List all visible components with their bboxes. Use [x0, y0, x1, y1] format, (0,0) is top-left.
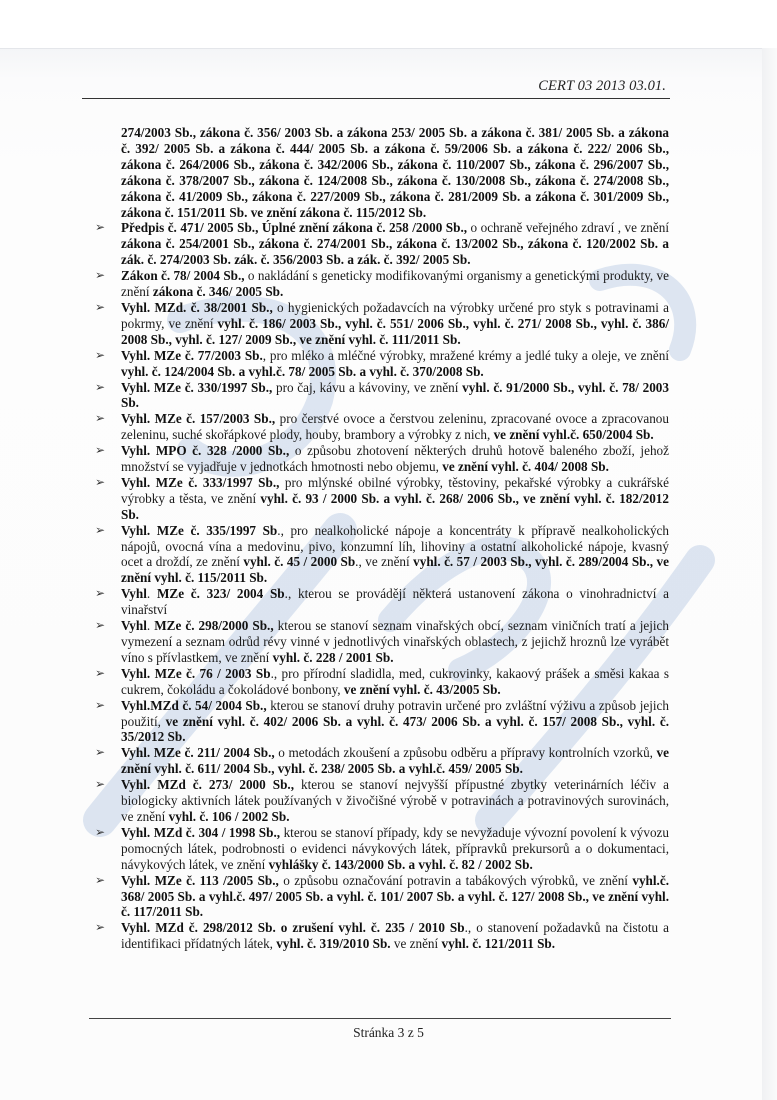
citation-text: Vyhl. MZe č. 335/1997 Sb	[121, 523, 277, 538]
list-item: ➢Vyhl.MZd č. 54/ 2004 Sb., kterou se sta…	[121, 698, 669, 746]
citation-text: MZe č. 323/ 2004 Sb	[157, 586, 285, 601]
arrow-bullet-icon: ➢	[95, 220, 105, 236]
description-text: o metodách zkoušení a způsobu odběru a p…	[275, 745, 657, 760]
citation-text: Vyhl. MZe č. 157/2003 Sb.,	[121, 411, 275, 426]
header-divider	[82, 98, 670, 99]
arrow-bullet-icon: ➢	[95, 920, 105, 936]
list-item: ➢Vyhl. MZd č. 273/ 2000 Sb., kterou se s…	[121, 777, 669, 825]
citation-text: Vyhl	[121, 618, 147, 633]
list-item: ➢Vyhl. MZe č. 113 /2005 Sb., o způsobu o…	[121, 873, 669, 921]
arrow-bullet-icon: ➢	[95, 380, 105, 396]
arrow-bullet-icon: ➢	[95, 666, 105, 682]
citation-text: Vyhl. MZd. č. 38/2001 Sb.,	[121, 300, 273, 315]
description-text: ve znění	[391, 936, 442, 951]
citation-text: Vyhl. MZe č. 330/1997 Sb.,	[121, 380, 272, 395]
citation-text: Předpis č. 471/ 2005 Sb., Úplné znění zá…	[121, 220, 467, 235]
arrow-bullet-icon: ➢	[95, 777, 105, 793]
list-item: ➢Vyhl. MZe č. 77/2003 Sb., pro mléko a m…	[121, 348, 669, 380]
list-item: ➢Vyhl. MZe č. 335/1997 Sb., pro nealkoho…	[121, 523, 669, 587]
citation-text: Vyhl. MZe č. 113 /2005 Sb.,	[121, 873, 279, 888]
list-item: ➢Vyhl. MZd č. 304 / 1998 Sb., kterou se …	[121, 825, 669, 873]
arrow-bullet-icon: ➢	[95, 523, 105, 539]
description-text: o ochraně veřejného zdraví , ve znění	[467, 220, 669, 235]
citation-text: MZe č. 298/2000 Sb.,	[154, 618, 273, 633]
citation-text: Zákon č. 78/ 2004 Sb.,	[121, 268, 245, 283]
list-item: ➢Vyhl. MZe č. 333/1997 Sb., pro mlýnské …	[121, 475, 669, 523]
citation-text: ve znění vyhl. č. 402/ 2006 Sb. a vyhl. …	[121, 714, 669, 745]
description-text: .	[147, 586, 157, 601]
citation-text: Vyhl. MZe č. 77/2003 Sb.	[121, 348, 263, 363]
citation-text: vyhl. č. 121/2011 Sb.	[441, 936, 555, 951]
list-item: ➢Vyhl. MPO č. 328 /2000 Sb., o způsobu z…	[121, 443, 669, 475]
citation-text: vyhl. č. 45 / 2000 Sb	[243, 554, 355, 569]
list-item: ➢Vyhl. MZe č. 211/ 2004 Sb., o metodách …	[121, 745, 669, 777]
arrow-bullet-icon: ➢	[95, 268, 105, 284]
citation-text: Vyhl. MZe č. 211/ 2004 Sb.,	[121, 745, 275, 760]
citation-text: Vyhl.MZd č. 54/ 2004 Sb.,	[121, 698, 267, 713]
citation-text: ve znění vyhl. č. 404/ 2008 Sb.	[442, 459, 609, 474]
citation-text: vyhl. č. 106 / 2002 Sb.	[169, 809, 290, 824]
list-item: ➢Předpis č. 471/ 2005 Sb., Úplné znění z…	[121, 220, 669, 268]
list-item: ➢Zákon č. 78/ 2004 Sb., o nakládání s ge…	[121, 268, 669, 300]
continuation-paragraph: 274/2003 Sb., zákona č. 356/ 2003 Sb. a …	[121, 125, 669, 220]
arrow-bullet-icon: ➢	[95, 825, 105, 841]
legislation-items: ➢Předpis č. 471/ 2005 Sb., Úplné znění z…	[121, 220, 669, 952]
list-item: ➢Vyhl. MZe č. 323/ 2004 Sb., kterou se p…	[121, 586, 669, 618]
list-item: ➢Vyhl. MZe č. 330/1997 Sb., pro čaj, káv…	[121, 380, 669, 412]
citation-text: ve znění vyhl. č. 43/2005 Sb.	[344, 682, 501, 697]
citation-text: zákona č. 254/2001 Sb., zákona č. 274/20…	[121, 236, 669, 267]
citation-text: Vyhl. MZd č. 298/2012 Sb. o zrušení vyhl…	[121, 920, 465, 935]
arrow-bullet-icon: ➢	[95, 443, 105, 459]
description-text: pro čaj, kávu a kávoviny, ve znění	[272, 380, 462, 395]
scan-margin	[0, 0, 777, 48]
arrow-bullet-icon: ➢	[95, 475, 105, 491]
list-item: ➢Vyhl. MZe č. 157/2003 Sb., pro čerstvé …	[121, 411, 669, 443]
page-edge	[762, 48, 777, 1100]
citation-text: vyhl. č. 319/2010 Sb.	[276, 936, 390, 951]
list-item: ➢Vyhl. MZe č. 76 / 2003 Sb., pro přírodn…	[121, 666, 669, 698]
description-text: , pro mléko a mléčné výrobky, mražené kr…	[263, 348, 669, 363]
citation-text: Vyhl. MZe č. 333/1997 Sb.,	[121, 475, 279, 490]
citation-text: ve znění vyhl.č. 650/2004 Sb.	[494, 427, 654, 442]
description-text: o způsobu označování potravin a tabákový…	[279, 873, 633, 888]
description-text: ., ve znění	[355, 554, 413, 569]
citation-text: vyhl. č. 124/2004 Sb. a vyhl.č. 78/ 2005…	[121, 364, 484, 379]
footer-divider	[89, 1018, 671, 1019]
citation-text: zákona č. 346/ 2005 Sb.	[153, 284, 283, 299]
arrow-bullet-icon: ➢	[95, 873, 105, 889]
arrow-bullet-icon: ➢	[95, 698, 105, 714]
legislation-list: 274/2003 Sb., zákona č. 356/ 2003 Sb. a …	[121, 125, 669, 952]
arrow-bullet-icon: ➢	[95, 348, 105, 364]
citation-text: vyhlášky č. 143/2000 Sb. a vyhl. č. 82 /…	[269, 857, 533, 872]
list-item: ➢Vyhl. MZd. č. 38/2001 Sb., o hygienický…	[121, 300, 669, 348]
arrow-bullet-icon: ➢	[95, 411, 105, 427]
arrow-bullet-icon: ➢	[95, 745, 105, 761]
arrow-bullet-icon: ➢	[95, 300, 105, 316]
citation-text: Vyhl. MZd č. 304 / 1998 Sb.,	[121, 825, 280, 840]
document-code: CERT 03 2013 03.01.	[538, 78, 666, 95]
citation-text: Vyhl. MZd č. 273/ 2000 Sb.,	[121, 777, 294, 792]
citation-text: Vyhl	[121, 586, 147, 601]
page-number: Stránka 3 z 5	[0, 1025, 777, 1041]
list-item: ➢Vyhl. MZe č. 298/2000 Sb., kterou se st…	[121, 618, 669, 666]
arrow-bullet-icon: ➢	[95, 618, 105, 634]
citation-text: vyhl. č. 228 / 2001 Sb.	[273, 650, 394, 665]
citation-text: Vyhl. MPO č. 328 /2000 Sb.,	[121, 443, 289, 458]
citation-text: Vyhl. MZe č. 76 / 2003 Sb	[121, 666, 271, 681]
arrow-bullet-icon: ➢	[95, 586, 105, 602]
list-item: ➢Vyhl. MZd č. 298/2012 Sb. o zrušení vyh…	[121, 920, 669, 952]
citation-text: 274/2003 Sb., zákona č. 356/ 2003 Sb. a …	[121, 125, 669, 220]
